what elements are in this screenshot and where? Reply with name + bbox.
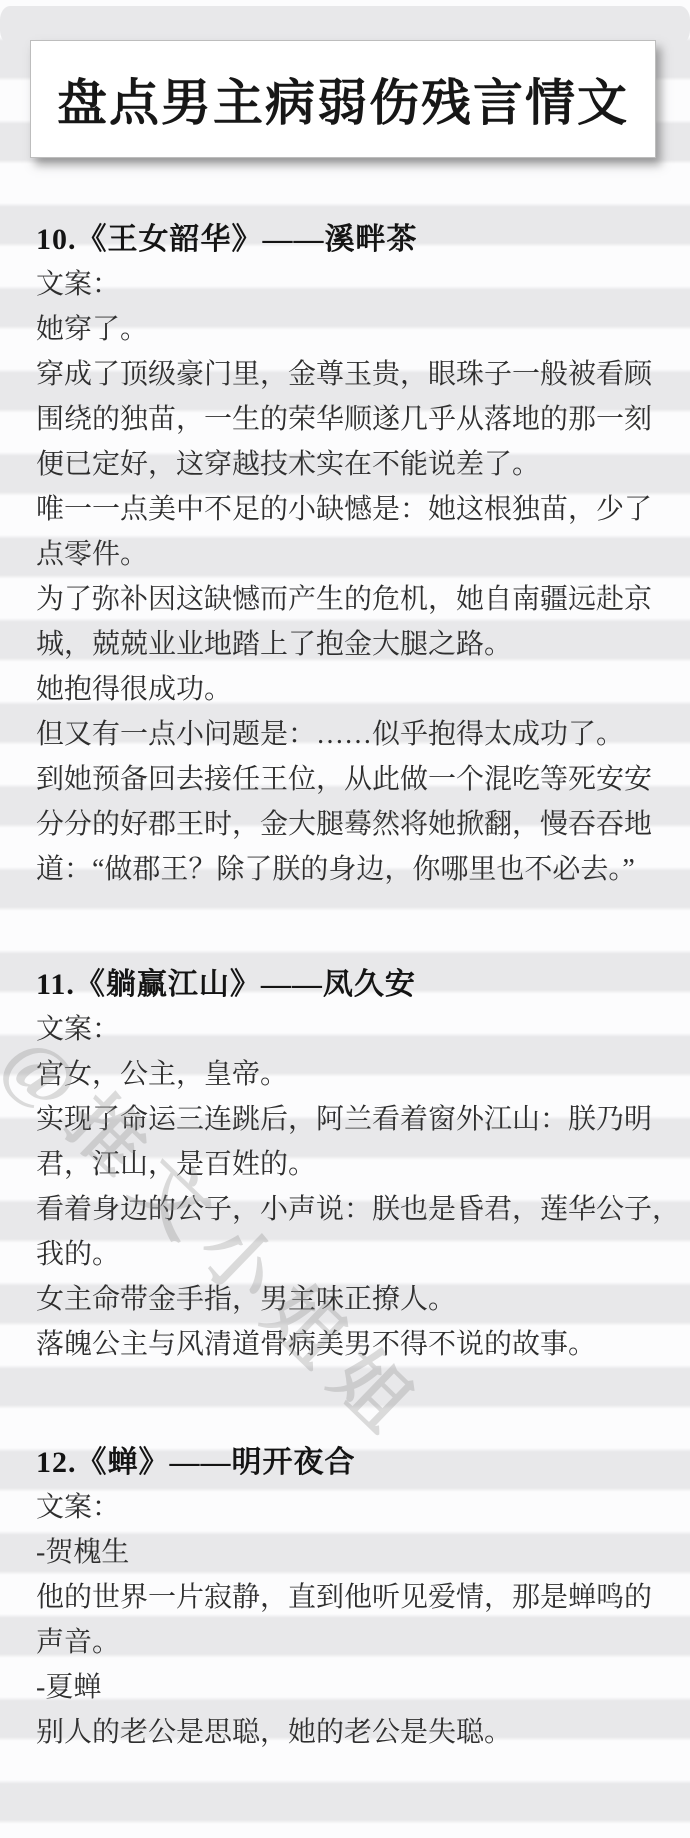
book-heading: 11.《躺赢江山》——凤久安: [36, 962, 680, 1007]
text-line: 落魄公主与风清道骨病美男不得不说的故事。: [36, 1322, 680, 1367]
text-line: -贺槐生: [36, 1530, 652, 1575]
background-stripe: [0, 6, 690, 44]
text-line: 她抱得很成功。: [36, 667, 652, 712]
book-description: 文案：宫女，公主，皇帝。实现了命运三连跳后，阿兰看着窗外江山：朕乃明君，江山，是…: [36, 1007, 680, 1367]
text-line: 他的世界一片寂静，直到他听见爱情，那是蝉鸣的: [36, 1575, 652, 1620]
book-description: 文案：-贺槐生他的世界一片寂静，直到他听见爱情，那是蝉鸣的声音。-夏蝉别人的老公…: [36, 1485, 652, 1755]
text-line: 别人的老公是思聪，她的老公是失聪。: [36, 1710, 652, 1755]
text-line: 我的。: [36, 1232, 680, 1277]
text-line: 文案：: [36, 1007, 680, 1052]
text-line: 女主命带金手指，男主味正撩人。: [36, 1277, 680, 1322]
text-line: 围绕的独苗，一生的荣华顺遂几乎从落地的那一刻: [36, 397, 652, 442]
book-description: 文案：她穿了。穿成了顶级豪门里，金尊玉贵，眼珠子一般被看顾围绕的独苗，一生的荣华…: [36, 262, 652, 892]
text-line: 到她预备回去接任王位，从此做一个混吃等死安安: [36, 757, 652, 802]
text-line: -夏蝉: [36, 1665, 652, 1710]
book-heading: 12.《蝉》——明开夜合: [36, 1440, 652, 1485]
text-line: 文案：: [36, 262, 652, 307]
text-line: 但又有一点小问题是：……似乎抱得太成功了。: [36, 712, 652, 757]
text-line: 道：“做郡王？除了朕的身边，你哪里也不必去。”: [36, 847, 652, 892]
title-banner: 盘点男主病弱伤残言情文: [30, 40, 656, 158]
book-heading: 10.《王女韶华》——溪畔茶: [36, 217, 652, 262]
text-line: 文案：: [36, 1485, 652, 1530]
book-entry-10: 10.《王女韶华》——溪畔茶 文案：她穿了。穿成了顶级豪门里，金尊玉贵，眼珠子一…: [36, 217, 652, 892]
page-title: 盘点男主病弱伤残言情文: [57, 63, 629, 135]
text-line: 看着身边的公子，小声说：朕也是昏君，莲华公子，: [36, 1187, 680, 1232]
text-line: 君，江山，是百姓的。: [36, 1142, 680, 1187]
text-line: 为了弥补因这缺憾而产生的危机，她自南疆远赴京: [36, 577, 652, 622]
text-line: 分分的好郡王时，金大腿蓦然将她掀翻，慢吞吞地: [36, 802, 652, 847]
text-line: 唯一一点美中不足的小缺憾是：她这根独苗，少了: [36, 487, 652, 532]
book-entry-11: 11.《躺赢江山》——凤久安 文案：宫女，公主，皇帝。实现了命运三连跳后，阿兰看…: [36, 962, 680, 1367]
text-line: 声音。: [36, 1620, 652, 1665]
text-line: 便已定好，这穿越技术实在不能说差了。: [36, 442, 652, 487]
text-line: 实现了命运三连跳后，阿兰看着窗外江山：朕乃明: [36, 1097, 680, 1142]
text-line: 穿成了顶级豪门里，金尊玉贵，眼珠子一般被看顾: [36, 352, 652, 397]
text-line: 城，兢兢业业地踏上了抱金大腿之路。: [36, 622, 652, 667]
text-line: 宫女，公主，皇帝。: [36, 1052, 680, 1097]
text-line: 她穿了。: [36, 307, 652, 352]
book-entry-12: 12.《蝉》——明开夜合 文案：-贺槐生他的世界一片寂静，直到他听见爱情，那是蝉…: [36, 1440, 652, 1755]
text-line: 点零件。: [36, 532, 652, 577]
